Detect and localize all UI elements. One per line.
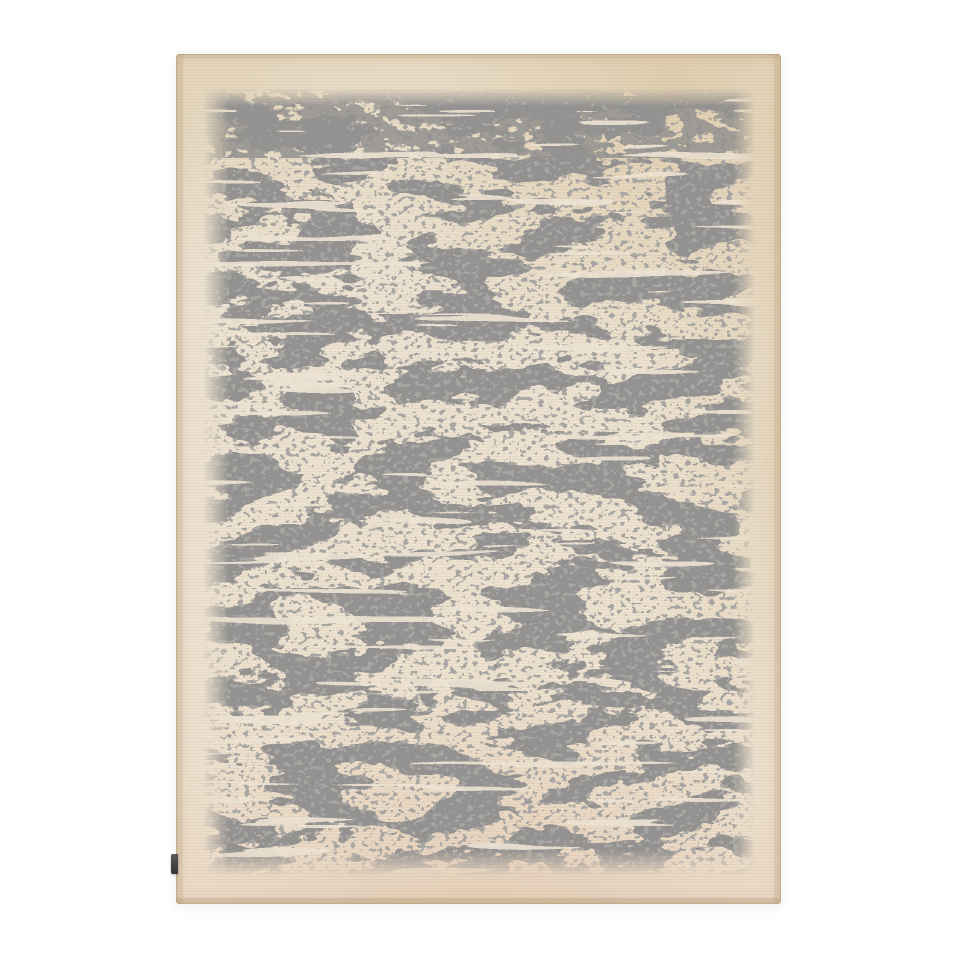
pattern-streak-layer [203, 88, 755, 876]
rug-pattern-noise-graphic [203, 88, 755, 876]
product-photo [0, 0, 958, 958]
rug-image [176, 54, 781, 904]
brand-label-tag [171, 854, 178, 874]
rug-pattern-inner [203, 88, 755, 876]
rug-distressed-pattern [203, 88, 755, 876]
